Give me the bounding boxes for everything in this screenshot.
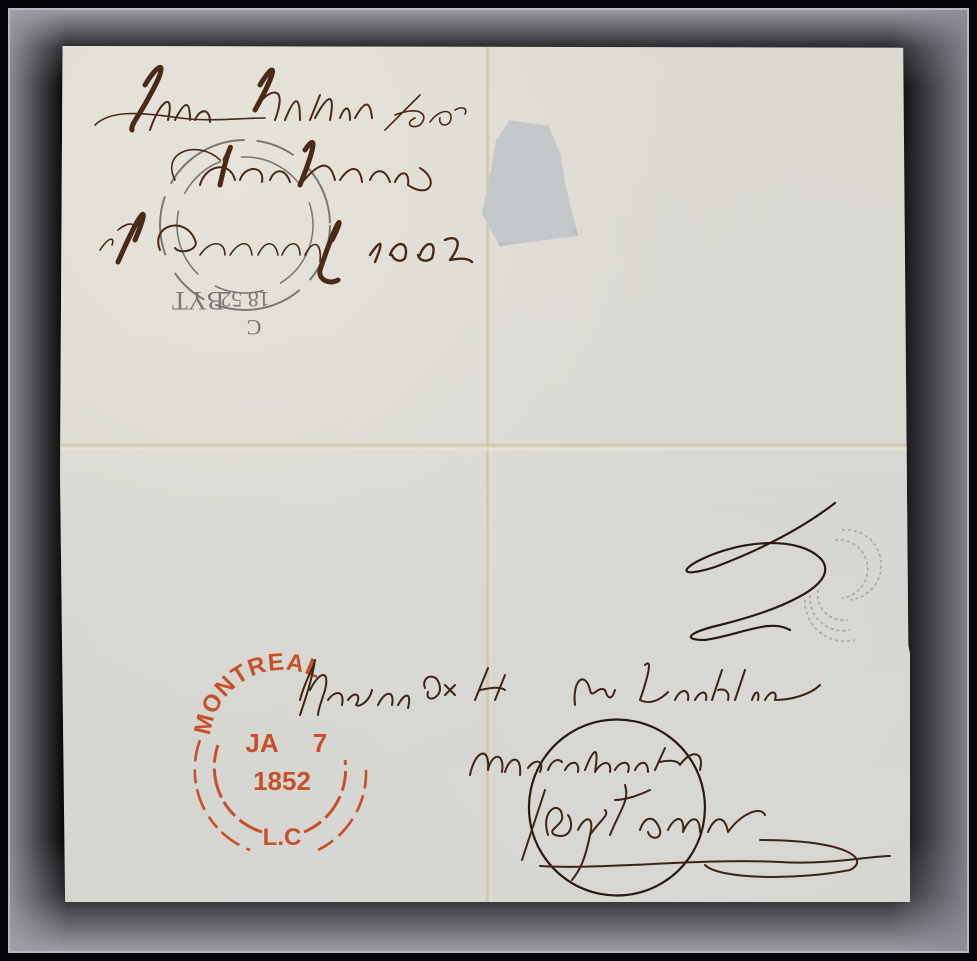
backstamp-partial-letter: C bbox=[247, 315, 262, 340]
montreal-postmark: MONTREAL JA 7 1852 L.C bbox=[189, 649, 366, 851]
address-handwriting bbox=[300, 660, 890, 880]
backstamp-town: BYT bbox=[172, 286, 224, 315]
postmark-month: JA bbox=[245, 728, 278, 758]
sender-docket-handwriting bbox=[95, 67, 472, 282]
letter-markings: 18 52 C BYT MONTREAL JA 7 bbox=[0, 0, 977, 961]
postmark-town: MONTREAL bbox=[189, 649, 326, 738]
postmark-day: 7 bbox=[313, 728, 327, 758]
postmark-year: 1852 bbox=[253, 766, 311, 796]
postmark-province: L.C bbox=[263, 824, 302, 851]
rate-marking-3 bbox=[515, 503, 835, 909]
backstamp-year: 18 52 bbox=[220, 287, 270, 312]
